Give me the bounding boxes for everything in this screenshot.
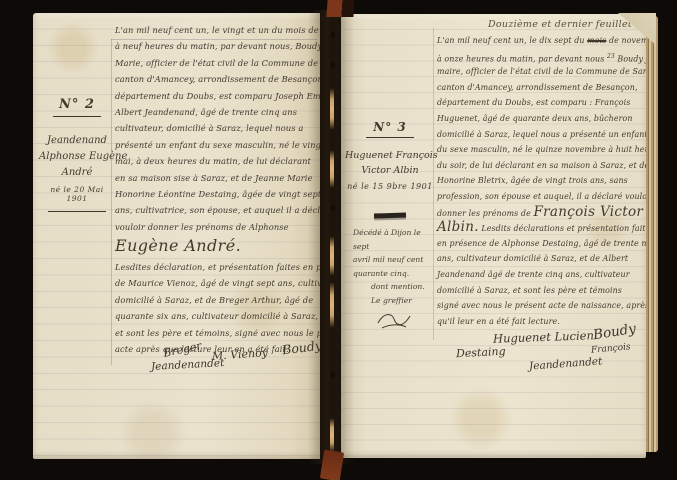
binding-stitch: [330, 236, 334, 276]
act-line: à neuf heures du matin, par devant nous,…: [115, 38, 319, 54]
marginal-death-note-line: quarante cinq.: [345, 267, 435, 281]
act-line: profession, son épouse et auquel, il a d…: [437, 189, 643, 205]
act-line: du soir, de lui déclarant en sa maison à…: [437, 158, 643, 174]
act-line: mai, à deux heures du matin, de lui décl…: [115, 153, 319, 169]
binding-stitch: [330, 150, 334, 188]
act-line: Honorine Léontine Destaing, âgée de ving…: [115, 186, 319, 202]
left-margin-annotations: N° 2 Jeandenand Alphonse Eugène André né…: [39, 97, 115, 212]
act-number: N° 3: [345, 120, 435, 134]
struck-text: mois: [587, 36, 606, 45]
act-line: Marie, officier de l'état civil de la Co…: [115, 55, 319, 71]
marginal-death-note-line: Décédé à Dijon le sept: [345, 226, 435, 253]
act-line: signé avec nous le présent acte de naiss…: [437, 298, 643, 314]
margin-underline: [48, 211, 106, 212]
marginal-death-note-line: avril mil neuf cent: [345, 253, 435, 267]
act-line-fragment: Boudy Jules: [615, 54, 646, 63]
clerk-title: Le greffier: [345, 294, 435, 308]
child-name-highlight: Eugène André.: [115, 235, 319, 259]
bookmark-ribbon-bottom: [320, 450, 344, 480]
act-line: ans, cultivatrice, son épouse, et auquel…: [115, 202, 319, 218]
stacked-page-edges: [646, 16, 658, 452]
act-line: Jeandenand âgé de trente cinq ans, culti…: [437, 267, 643, 283]
act-line-with-name: Albin. Lesdits déclarations et présentat…: [437, 220, 643, 236]
binding-stitch-dot: [331, 32, 335, 38]
act-line: en sa maison sise à Saraz, et de Jeanne …: [115, 170, 319, 186]
act-line-with-insertion: à onze heures du matin, par devant nous …: [437, 49, 643, 65]
act-line: canton d'Amancey, arrondissement de Besa…: [115, 71, 319, 87]
act-line: du sexe masculin, né le quinze novembre …: [437, 142, 643, 158]
act-line: et sont les père et témoins, signé avec …: [115, 325, 319, 341]
act-line: en présence de Alphonse Destaing, âgé de…: [437, 236, 643, 252]
act-line: domicilié à Saraz, et sont les père et t…: [437, 283, 643, 299]
child-name-highlight: Albin.: [437, 219, 479, 235]
act-line: département du Doubs, est comparu : Fran…: [437, 95, 643, 111]
binding-stitch: [330, 88, 334, 130]
registered-name-line: Jeandenand: [39, 133, 115, 149]
act-line-fragment: donner les prénoms de: [437, 209, 533, 218]
margin-underline: [53, 116, 101, 117]
binding-stitch: [330, 418, 334, 452]
birth-date-note: né le 15 9bre 1901: [345, 182, 435, 191]
register-book-scan: N° 2 Jeandenand Alphonse Eugène André né…: [0, 0, 677, 480]
act-line-fragment: L'an mil neuf cent un, le dix sept du: [437, 36, 587, 45]
left-page: N° 2 Jeandenand Alphonse Eugène André né…: [33, 13, 320, 459]
act-line: maire, officier de l'état civil de la Co…: [437, 64, 643, 80]
act-line: Albert Jeandenand, âgé de trente cinq an…: [115, 104, 319, 120]
binding-stitch: [330, 282, 334, 328]
right-act-text: L'an mil neuf cent un, le dix sept du mo…: [437, 33, 643, 329]
binding-stitch-dot: [331, 372, 335, 378]
marginal-death-note-line: dont mention.: [345, 280, 435, 294]
act-line-fragment: à onze heures du matin, par devant nous: [437, 54, 607, 63]
act-line: vouloir donner les prénoms de Alphonse: [115, 219, 319, 235]
act-line: cultivateur, domicilié à Saraz, lequel n…: [115, 120, 319, 136]
act-line: domicilié à Saraz, et de Breger Arthur, …: [115, 292, 319, 308]
act-number: N° 2: [39, 97, 115, 112]
signature-witness: Huguenet Lucien: [493, 328, 594, 346]
act-line: département du Doubs, est comparu Joseph…: [115, 88, 319, 104]
binding-stitch-dot: [331, 62, 335, 68]
registered-name-line: Victor Albin: [345, 163, 435, 178]
bookmark-ribbon-top: [326, 0, 354, 17]
registered-name-line: André: [39, 165, 115, 181]
act-line-with-name: donner les prénoms de François Victor: [437, 205, 643, 221]
right-margin-annotations: N° 3 Huguenet François Victor Albin né l…: [345, 120, 435, 331]
registered-name-line: Huguenet François: [345, 148, 435, 163]
signature-father: Jeandenandet: [529, 355, 603, 372]
insertion-mark: 23: [607, 53, 615, 60]
act-line: présenté un enfant du sexe masculin, né …: [115, 137, 319, 153]
act-line: domicilié à Saraz, lequel nous a présent…: [437, 127, 643, 143]
signature-witness: Destaing: [456, 345, 506, 361]
act-line: ans, cultivateur domicilié à Saraz, et d…: [437, 251, 643, 267]
clerk-signature-paraphe-icon: [375, 309, 413, 331]
birth-date-note: né le 20 Mai 1901: [39, 185, 115, 203]
binding-stitch-dot: [331, 205, 335, 211]
act-line-with-correction: L'an mil neuf cent un, le dix sept du mo…: [437, 33, 643, 49]
act-line: Honorine Bletrix, âgée de vingt trois an…: [437, 173, 643, 189]
act-line-fragment: de novembre: [606, 36, 646, 45]
act-line: quarante six ans, cultivateur domicilié …: [115, 308, 319, 324]
registered-name-line: Alphonse Eugène: [39, 149, 115, 165]
right-page: Douzième et dernier feuillet N° 3 Huguen…: [341, 14, 646, 458]
left-act-text: L'an mil neuf cent un, le vingt et un du…: [115, 22, 319, 357]
act-line: canton d'Amancey, arrondissement de Besa…: [437, 80, 643, 96]
margin-underline: [366, 137, 414, 138]
act-line: Lesdites déclaration, et présentation fa…: [115, 259, 319, 275]
folio-header-note: Douzième et dernier feuillet: [488, 19, 632, 30]
signature-flourish-text: François: [591, 342, 631, 355]
act-line: Huguenet, âgé de quarante deux ans, bûch…: [437, 111, 643, 127]
act-line-fragment: Lesdits déclarations et présentation fai…: [479, 224, 646, 233]
act-line: de Maurice Vienoz, âgé de vingt sept ans…: [115, 275, 319, 291]
signature-father: Jeandenandet: [151, 357, 225, 373]
struck-out-word: [374, 212, 406, 218]
act-line: L'an mil neuf cent un, le vingt et un du…: [115, 22, 319, 38]
child-name-highlight: François Victor: [533, 204, 643, 220]
